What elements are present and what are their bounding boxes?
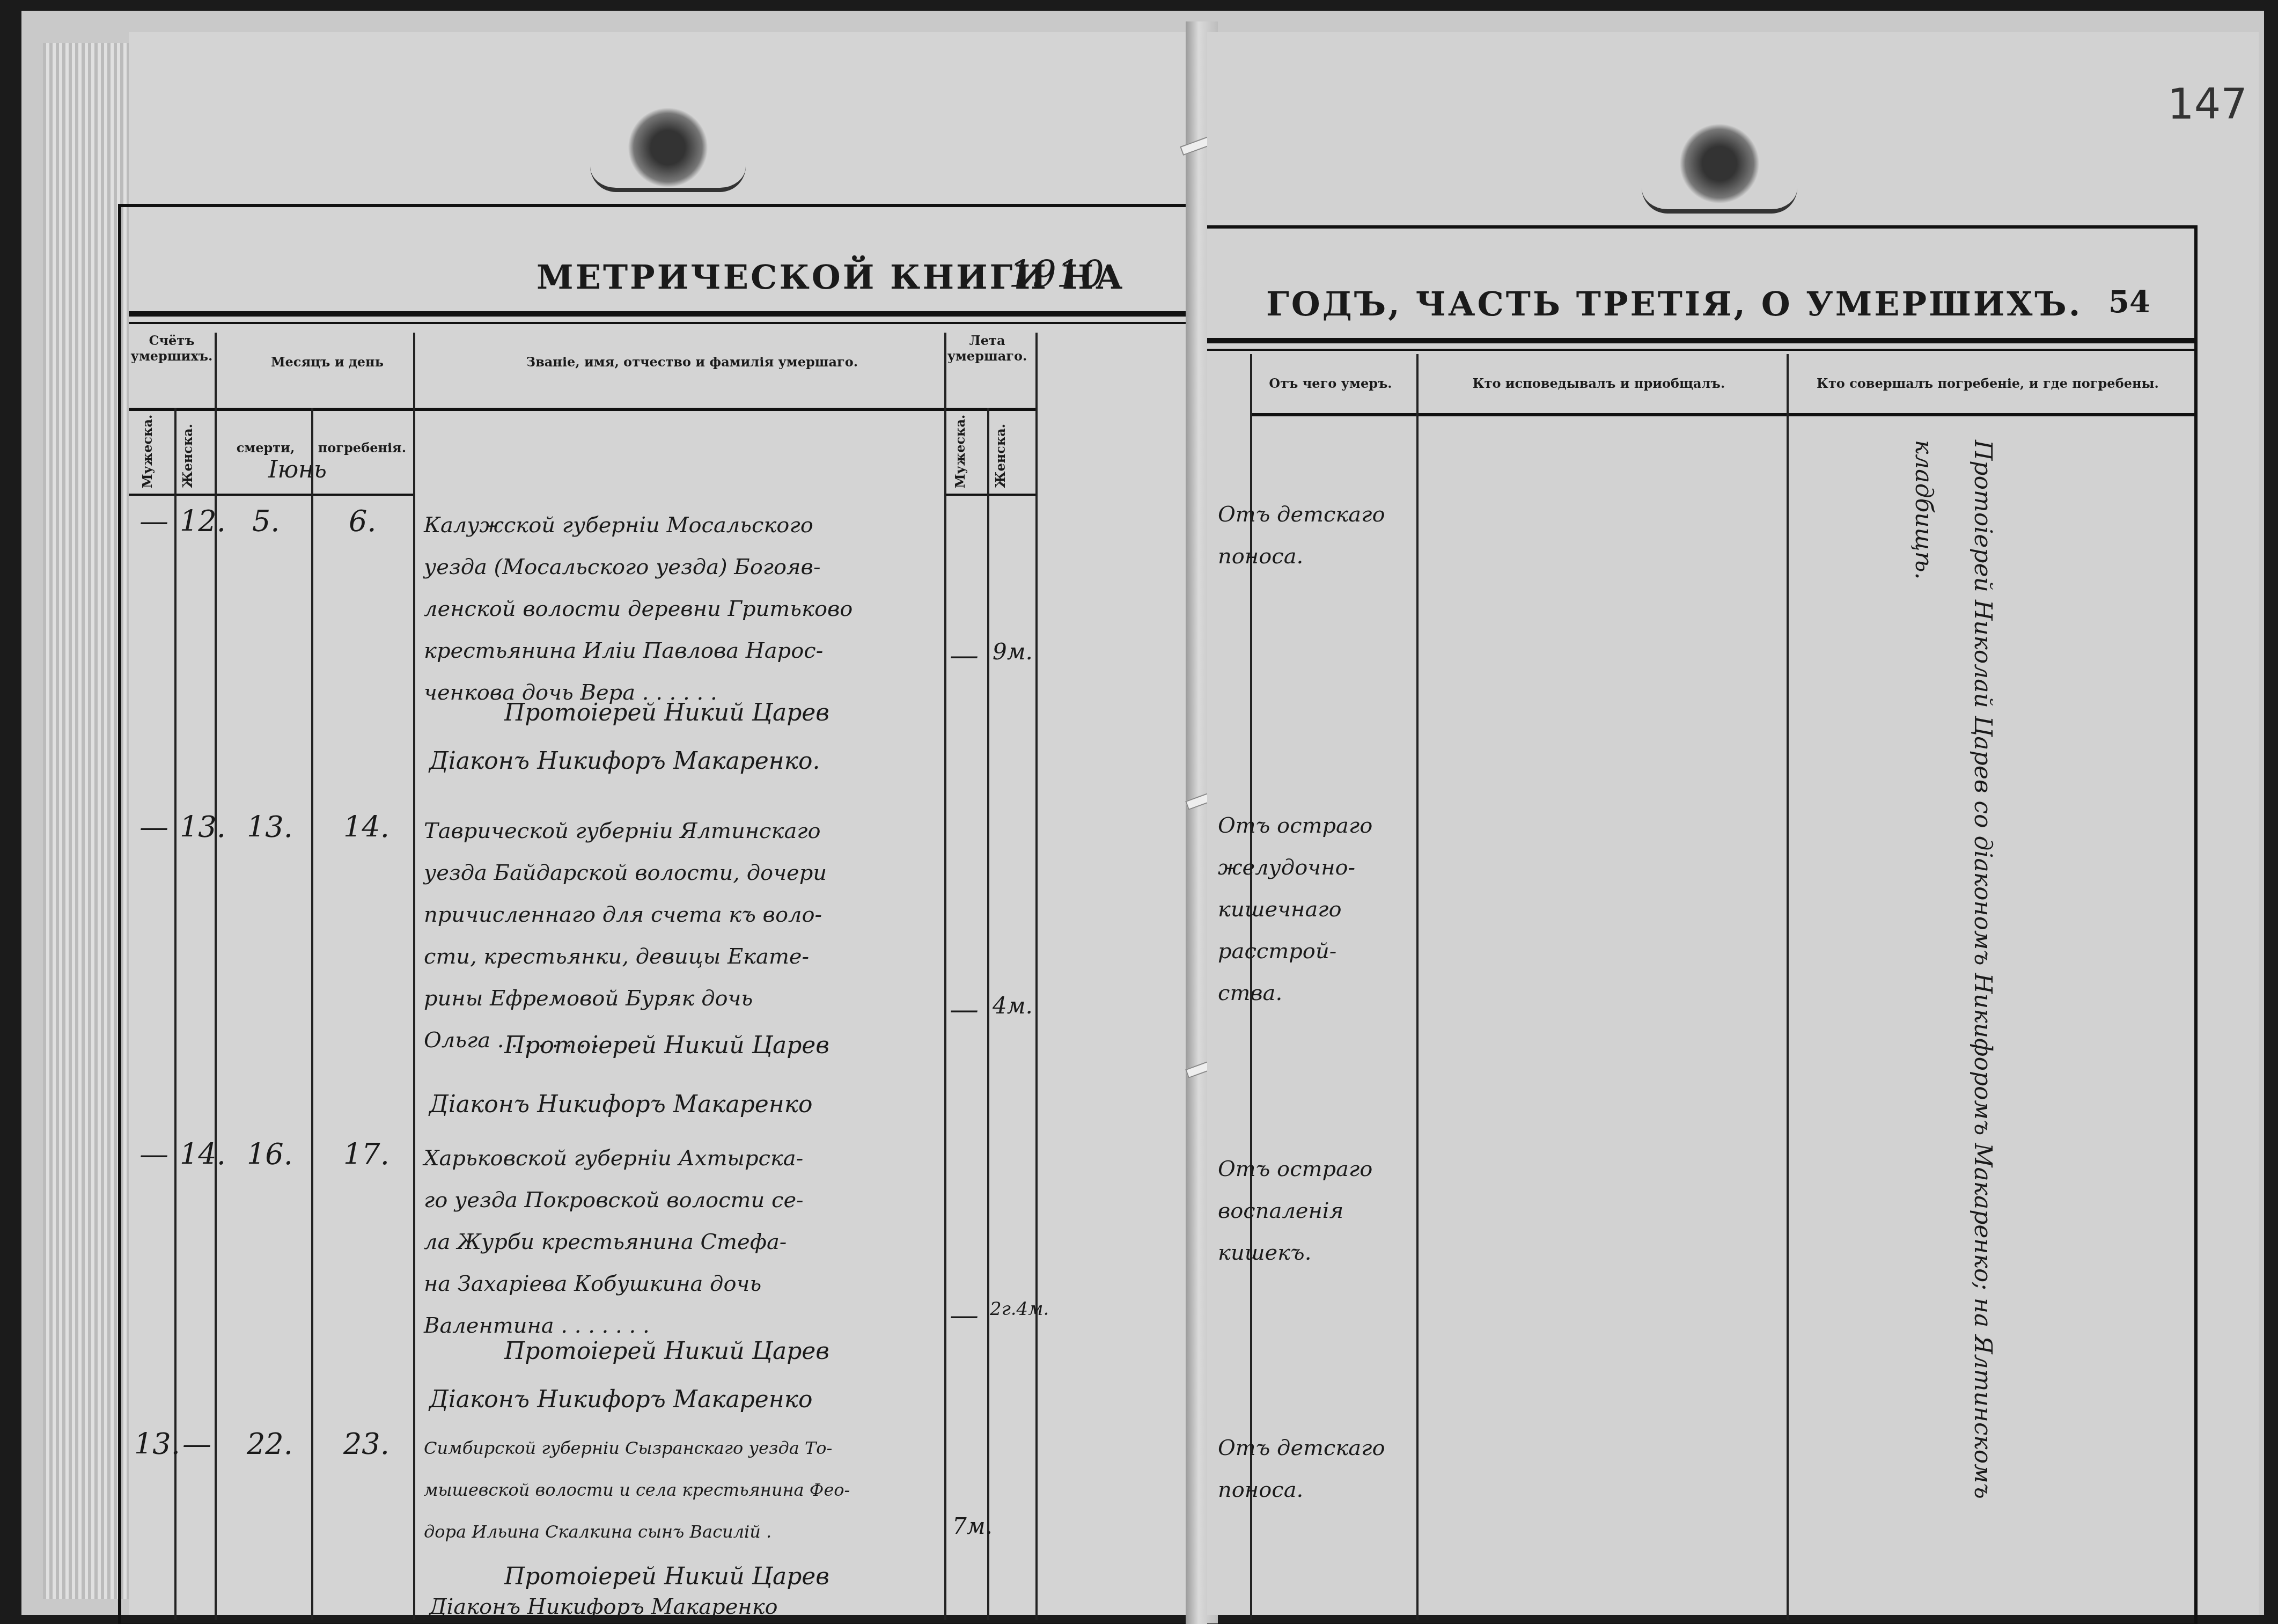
age-male: — [950,1298,979,1332]
death-day: 5. [252,504,280,538]
header-burial-by: Кто совершалъ погребеніе, и где погребен… [1792,376,2184,391]
header-rule-thin [1207,349,2194,351]
age-male: — [950,993,979,1026]
header-age-female: Женска. [993,418,1008,488]
month-handwritten: Іюнь [268,456,327,483]
col-line [944,333,946,1620]
synod-ribbon-icon [1642,188,1797,214]
header-rule-thin [129,322,1186,324]
synod-ribbon-icon [590,166,746,192]
burial-day: 14. [343,810,390,844]
age-male: 7м. [952,1513,993,1539]
signature-deacon: Діаконъ Никифоръ Макаренко [429,1593,778,1620]
count-female: 13. [180,810,226,844]
col-line [1787,354,1789,1620]
title-right: ГОДЪ, ЧАСТЬ ТРЕТІЯ, О УМЕРШИХЪ. [1266,284,2082,324]
burial-day: 23. [343,1427,390,1461]
header-divider [129,408,1035,411]
burial-day: 6. [349,504,377,538]
page-number: 54 [2108,284,2150,320]
count-male: — [139,810,168,844]
header-double-rule [129,311,1186,317]
header-count: Счётъ умершихъ. [129,333,215,364]
header-count-male: Мужеска. [139,418,155,488]
cause-of-death: Отъ остраго воспаленія кишекъ. [1218,1148,1411,1274]
col-line [1416,354,1419,1620]
age-female: 9м. [993,638,1033,665]
header-cause: Отъ чего умеръ. [1250,376,1411,391]
signature-deacon: Діаконъ Никифоръ Макаренко. [429,740,820,782]
subheader-divider-age [944,494,1035,496]
count-female: — [182,1427,211,1461]
header-month-day: Месяцъ и день [220,354,435,370]
col-line [413,333,415,1620]
signature-priest: Протоіерей Никий Царев [504,692,829,734]
right-page: 147 ГОДЪ, ЧАСТЬ ТРЕТІЯ, О УМЕРШИХЪ. 54 О… [1207,32,2259,1615]
header-age: Лета умершаго. [944,333,1030,364]
year-handwritten: 1910 [1009,252,1104,296]
deceased-description: Симбирской губерніи Сызранскаго уезда То… [424,1427,939,1553]
burial-note-vertical: Протоіерей Николай Царев со діакономъ Ни… [1905,440,2012,1513]
header-burial: погребенія. [317,440,408,455]
deceased-description: Калужской губерніи Мосальского уезда (Мо… [424,504,939,714]
cause-of-death: Отъ детскаго поноса. [1218,494,1411,577]
open-register-book: МЕТРИЧЕСКОЙ КНИГИ НА 1910 Счётъ умершихъ… [21,11,2264,1615]
count-male: 13. [134,1427,180,1461]
count-male: — [139,1137,168,1171]
signature-deacon: Діаконъ Никифоръ Макаренко [429,1379,813,1421]
age-female: 4м. [993,993,1033,1019]
death-day: 13. [247,810,293,844]
archive-folio-number: 147 [2167,80,2247,129]
signature-priest: Протоіерей Никий Царев [504,1556,829,1598]
deceased-description: Харьковской губерніи Ахтырска- го уезда … [424,1137,939,1347]
signature-priest: Протоіерей Никий Царев [504,1331,829,1372]
age-female: 2г.4м. [990,1298,1049,1320]
header-confessor: Кто исповедывалъ и приобщалъ. [1422,376,1776,391]
left-page: МЕТРИЧЕСКОЙ КНИГИ НА 1910 Счётъ умершихъ… [129,32,1191,1615]
signature-priest: Протоіерей Никий Царев [504,1025,829,1067]
cause-of-death: Отъ остраго желудочно- кишечнаго расстро… [1218,805,1411,1014]
col-line [311,408,313,1620]
header-double-rule [1207,338,2194,343]
count-female: 14. [180,1137,226,1171]
age-male: — [950,638,979,672]
header-count-female: Женска. [180,418,195,488]
deceased-description: Таврической губерніи Ялтинскаго уезда Ба… [424,810,939,1061]
header-divider [1250,413,2194,416]
burial-day: 17. [343,1137,390,1171]
death-day: 16. [247,1137,293,1171]
signature-deacon: Діаконъ Никифоръ Макаренко [429,1084,813,1126]
header-name: Званіе, имя, отчество и фамилія умершаго… [440,354,944,370]
death-day: 22. [247,1427,293,1461]
header-age-male: Мужеска. [952,418,968,488]
header-death: смерти, [220,440,311,455]
col-line [987,408,989,1620]
cause-of-death: Отъ детскаго поноса. [1218,1427,1411,1511]
count-female: 12. [180,504,226,538]
col-line [1035,333,1038,1620]
subheader-divider [129,494,413,496]
count-male: — [139,504,168,538]
